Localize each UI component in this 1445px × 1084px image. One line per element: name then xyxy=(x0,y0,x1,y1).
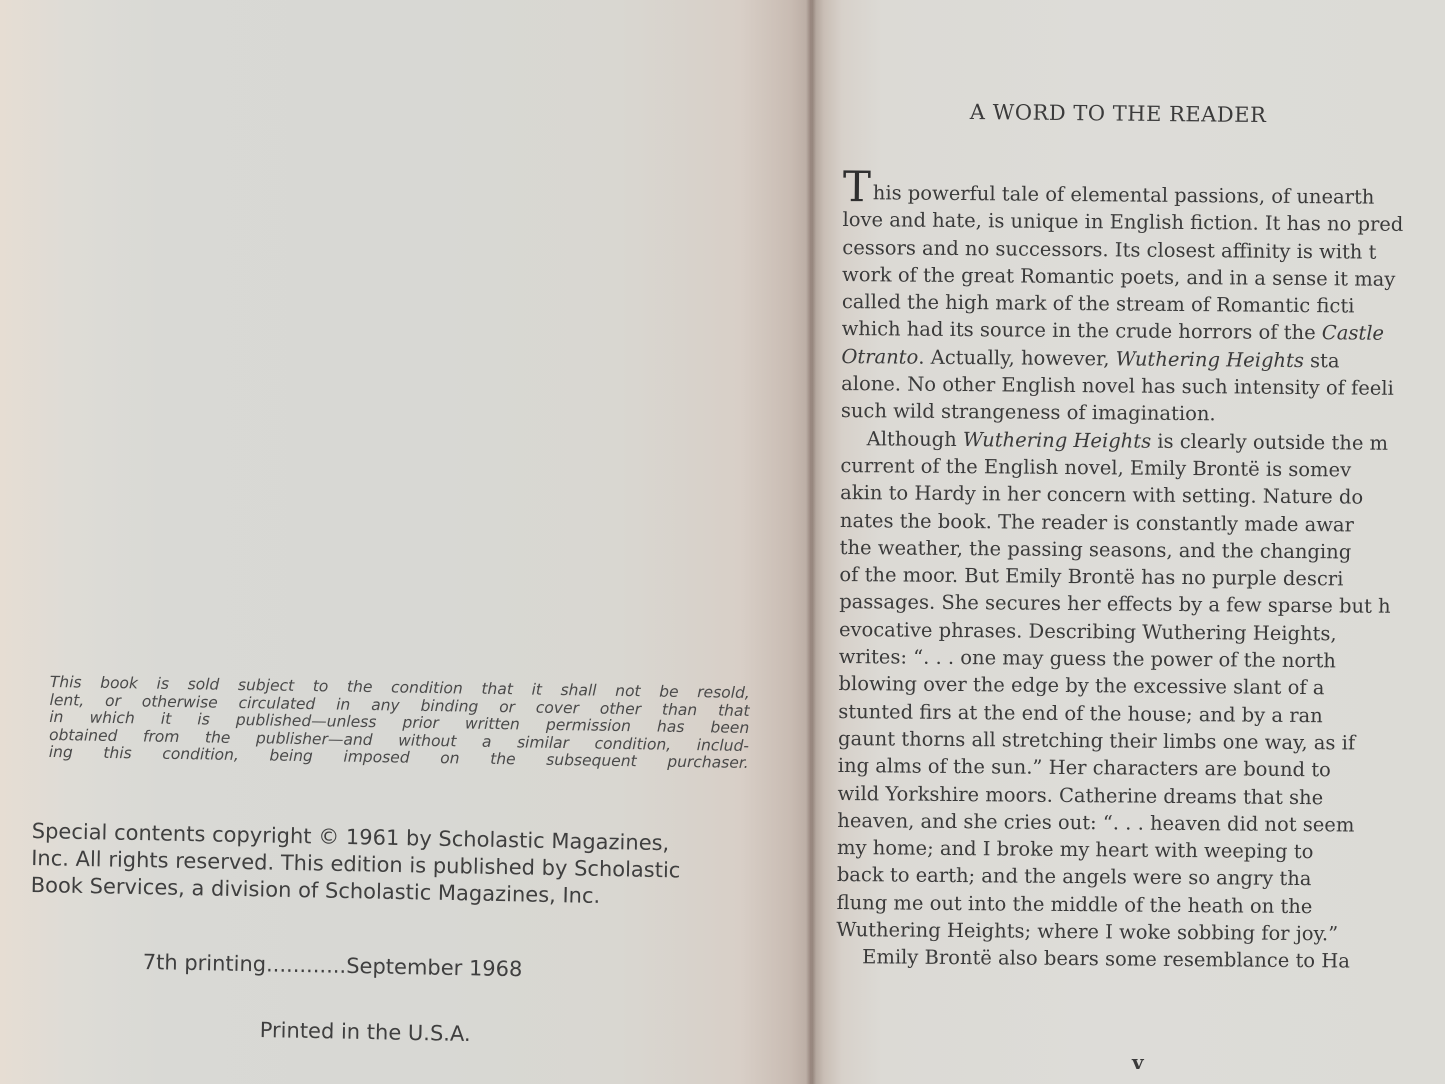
line-text: stunted firs at the end of the house; an… xyxy=(838,700,1323,727)
line-text: evocative phrases. Describing Wuthering … xyxy=(839,618,1337,645)
line-text: cessors and no successors. Its closest a… xyxy=(842,236,1376,264)
line-text: gaunt thorns all stretching their limbs … xyxy=(838,727,1355,755)
line-text: of the moor. But Emily Brontë has no pur… xyxy=(839,563,1343,590)
line-text: the weather, the passing seasons, and th… xyxy=(840,536,1352,563)
line-text: wild Yorkshire moors. Catherine dreams t… xyxy=(837,782,1323,809)
line-text: akin to Hardy in her concern with settin… xyxy=(840,481,1363,509)
line-text: Emily Brontë also bears some resemblance… xyxy=(862,946,1350,973)
italic-text: Wuthering Heights xyxy=(1116,347,1304,372)
italic-text: Otranto xyxy=(841,345,918,369)
italic-text: Castle xyxy=(1322,322,1384,346)
page-title: A WORD TO THE READER xyxy=(970,100,1267,127)
line-text: ing alms of the sun.” Her characters are… xyxy=(838,754,1331,781)
line-text: my home; and I broke my heart with weepi… xyxy=(837,836,1313,863)
line-text: passages. She secures her effects by a f… xyxy=(839,590,1391,618)
italic-text: Wuthering Heights xyxy=(963,428,1151,453)
line-text: flung me out into the middle of the heat… xyxy=(837,891,1313,918)
line-text: blowing over the edge by the excessive s… xyxy=(838,672,1324,699)
line-text: . Actually, however, xyxy=(918,345,1116,370)
line-text: Wuthering Heights; where I woke sobbing … xyxy=(836,918,1338,945)
book-spread: This book is sold subject to the conditi… xyxy=(0,0,1445,1084)
line-text: such wild strangeness of imagination. xyxy=(841,399,1216,425)
line-text: nates the book. The reader is constantly… xyxy=(840,509,1354,536)
line-text: love and hate, is unique in English fict… xyxy=(842,208,1403,236)
line-text: his powerful tale of elemental passions,… xyxy=(873,181,1375,208)
text-line: This powerful tale of elemental passions… xyxy=(843,172,1445,212)
spine-gutter xyxy=(806,0,816,1084)
line-text: back to earth; and the angels were so an… xyxy=(837,863,1312,890)
legal-notice: This book is sold subject to the conditi… xyxy=(49,674,750,772)
line-text: alone. No other English novel has such i… xyxy=(841,372,1394,400)
page-number: v xyxy=(1132,1050,1144,1074)
line-text: current of the English novel, Emily Bron… xyxy=(840,454,1351,481)
line-text: writes: “. . . one may guess the power o… xyxy=(839,645,1336,672)
line-text: work of the great Romantic poets, and in… xyxy=(842,263,1395,291)
text-line: Emily Brontë also bears some resemblance… xyxy=(836,943,1445,976)
copyright-notice: Special contents copyright © 1961 by Sch… xyxy=(30,818,743,913)
line-text: sta xyxy=(1304,349,1340,372)
left-page xyxy=(0,0,812,1084)
line-text: heaven, and she cries out: “. . . heaven… xyxy=(837,809,1354,837)
line-text: called the high mark of the stream of Ro… xyxy=(842,290,1355,317)
drop-cap: T xyxy=(843,162,871,211)
line-text: Although xyxy=(867,427,963,451)
body-text: This powerful tale of elemental passions… xyxy=(836,172,1445,976)
line-text: is clearly outside the m xyxy=(1151,429,1388,454)
printed-in: Printed in the U.S.A. xyxy=(260,1018,471,1046)
line-text: which had its source in the crude horror… xyxy=(842,317,1322,344)
